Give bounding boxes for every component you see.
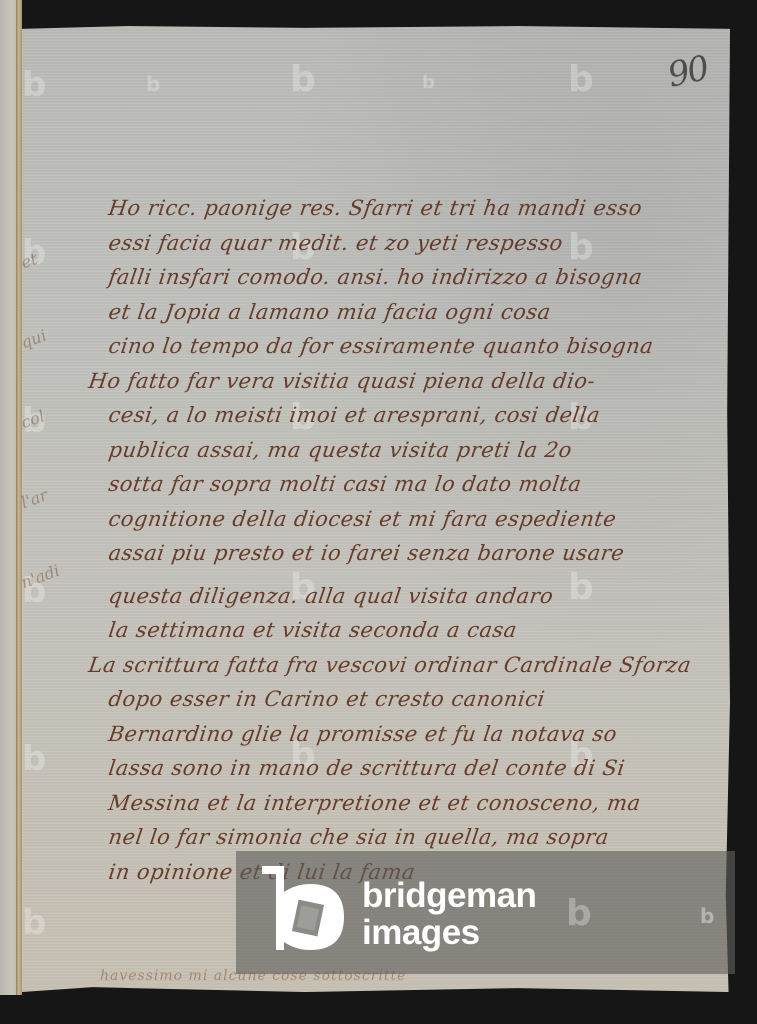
bridgeman-logo-icon	[262, 866, 344, 950]
text-line: lassa sono in mano de scrittura del cont…	[106, 756, 721, 791]
text-line: publica assai, ma questa visita preti la…	[106, 438, 721, 473]
text-line: Ho ricc. paonige res. Sfarri et tri ha m…	[106, 196, 721, 231]
text-line: essi facia quar medit. et zo yeti respes…	[106, 231, 721, 266]
margin-note: et	[18, 230, 111, 329]
margin-note: col	[18, 390, 111, 489]
text-line: cesi, a lo meisti imoi et aresprani, cos…	[106, 403, 721, 438]
wordmark-line-2: images	[362, 915, 536, 952]
text-line: assai piu presto et io farei senza baron…	[106, 541, 721, 576]
text-line: Bernardino glie la promisse et fu la not…	[106, 722, 721, 757]
watermark-ghost-icon: b	[290, 62, 316, 98]
watermark-ghost-icon: b	[700, 906, 714, 926]
text-line: et la Jopia a lamano mia facia ogni cosa	[106, 300, 721, 335]
margin-notes: et qui col l'ar n'adi	[30, 240, 100, 640]
watermark-ghost-icon: b	[22, 742, 46, 776]
text-line: la settimana et visita seconda a casa	[106, 618, 721, 653]
text-line: dopo esser in Carino et cresto canonici	[106, 687, 721, 722]
margin-note: l'ar	[18, 470, 111, 569]
text-line: cognitione della diocesi et mi fara espe…	[106, 507, 721, 542]
watermark-ghost-icon: b	[22, 906, 46, 940]
handwritten-text: Ho ricc. paonige res. Sfarri et tri ha m…	[108, 196, 718, 894]
bridgeman-wordmark: bridgeman images	[362, 878, 536, 952]
watermark-ghost-icon: b	[146, 74, 160, 94]
text-line: questa diligenza. alla qual visita andar…	[106, 584, 721, 619]
text-line: Messina et la interpretione et et conosc…	[106, 791, 721, 826]
text-line: falli insfari comodo. ansi. ho indirizzo…	[106, 265, 721, 300]
text-line: Ho fatto far vera visitia quasi piena de…	[86, 369, 721, 404]
watermark-ghost-icon: b	[422, 74, 435, 92]
text-line: cino lo tempo da for essiramente quanto …	[106, 334, 721, 369]
margin-note: n'adi	[18, 550, 111, 649]
text-line: sotta far sopra molti casi ma lo dato mo…	[106, 472, 721, 507]
manuscript-photo: b b b b b b b b b b b b b b b b b b 90 e…	[0, 0, 757, 1024]
watermark-ghost-icon: b	[22, 68, 46, 102]
watermark-ghost-icon: b	[566, 896, 592, 932]
wordmark-line-1: bridgeman	[362, 878, 536, 915]
folio-number: 90	[664, 48, 711, 95]
watermark-ghost-icon: b	[568, 62, 594, 98]
text-line: La scrittura fatta fra vescovi ordinar C…	[86, 653, 721, 688]
